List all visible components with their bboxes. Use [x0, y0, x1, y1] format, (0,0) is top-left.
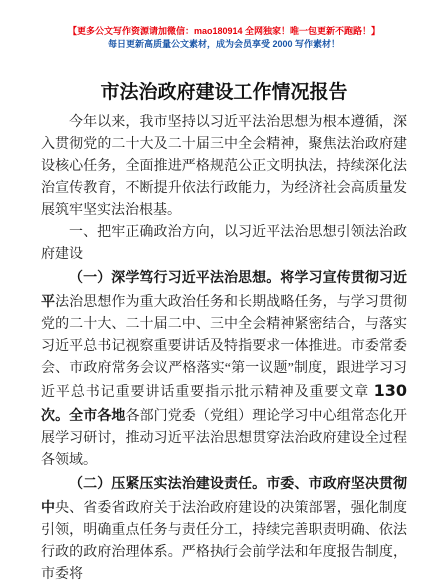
document-body: 今年以来，我市坚持以习近平法治思想为根本遵循，深入贯彻党的二十大及二十届三中全会…	[41, 112, 407, 580]
text-segment: 130	[374, 381, 407, 400]
page-number: 1	[0, 547, 448, 558]
text-segment: 今年以来，我市坚持以习近平法治思想为根本遵循，深入贯彻党的二十大及二十届三中全会…	[41, 115, 407, 218]
subsection-paragraph: （二）压紧压实法治建设责任。市委、市政府坚决贯彻中央、省委省政府关于法治政府建设…	[41, 472, 407, 580]
promo-line-red: 【更多公文写作资源请加微信：mao180914 全网独家！唯一包更新不跑路！】	[0, 25, 448, 37]
intro-paragraph: 今年以来，我市坚持以习近平法治思想为根本遵循，深入贯彻党的二十大及二十届三中全会…	[41, 112, 407, 222]
promo-header: 【更多公文写作资源请加微信：mao180914 全网独家！唯一包更新不跑路！】 …	[0, 0, 448, 50]
section-heading: 一、把牢正确政治方向，以习近平法治思想引领法治政府建设	[41, 222, 407, 266]
text-segment: 法治思想作为重大政治任务和长期战略任务，与学习贯彻党的二十大、二十届二中、三中全…	[41, 295, 407, 400]
text-segment: 次。全市各地	[41, 407, 125, 423]
text-segment: 一、把牢正确政治方向，以习近平法治思想引领法治政府建设	[41, 225, 407, 262]
document-title: 市法治政府建设工作情况报告	[30, 82, 418, 104]
promo-line-blue: 每日更新高质量公文素材，成为会员享受 2000 写作素材！	[0, 38, 448, 50]
document-page: 【更多公文写作资源请加微信：mao180914 全网独家！唯一包更新不跑路！】 …	[0, 0, 448, 580]
subsection-paragraph: （一）深学笃行习近平法治思想。将学习宣传贯彻习近平法治思想作为重大政治任务和长期…	[41, 266, 407, 472]
text-segment: 央、省委省政府关于法治政府建设的决策部署，强化制度引领，明确重点任务与责任分工，…	[41, 501, 407, 580]
